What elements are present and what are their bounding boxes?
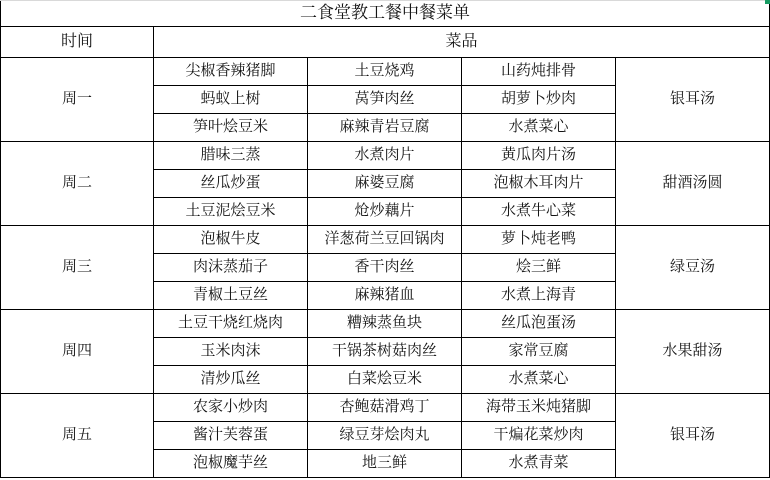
dish-cell: 尖椒香辣猪脚 <box>154 58 308 86</box>
dish-cell: 炝炒藕片 <box>308 198 462 226</box>
dish-cell: 地三鲜 <box>308 450 462 478</box>
table-row: 周四 土豆干烧红烧肉 糟辣蒸鱼块 丝瓜泡蛋汤 水果甜汤 <box>1 310 770 338</box>
dish-cell: 酱汁芙蓉蛋 <box>154 422 308 450</box>
title-row: 二食堂教工餐中餐菜单 <box>1 1 770 27</box>
dish-cell: 干锅茶树菇肉丝 <box>308 338 462 366</box>
dish-cell: 海带玉米炖猪脚 <box>462 394 616 422</box>
dish-cell: 清炒瓜丝 <box>154 366 308 394</box>
dish-cell: 土豆干烧红烧肉 <box>154 310 308 338</box>
dish-cell: 水煮菜心 <box>462 114 616 142</box>
dish-cell: 糟辣蒸鱼块 <box>308 310 462 338</box>
dish-cell: 麻辣青岩豆腐 <box>308 114 462 142</box>
dishes-header: 菜品 <box>154 27 770 58</box>
menu-title: 二食堂教工餐中餐菜单 <box>1 1 770 27</box>
day-label-monday: 周一 <box>1 58 154 142</box>
dish-cell: 杏鲍菇滑鸡丁 <box>308 394 462 422</box>
soup-cell-tuesday: 甜酒汤圆 <box>616 142 770 226</box>
day-label-friday: 周五 <box>1 394 154 478</box>
dish-cell: 家常豆腐 <box>462 338 616 366</box>
dish-cell: 水煮青菜 <box>462 450 616 478</box>
soup-cell-wednesday: 绿豆汤 <box>616 226 770 310</box>
dish-cell: 洋葱荷兰豆回锅肉 <box>308 226 462 254</box>
dish-cell: 腊味三蒸 <box>154 142 308 170</box>
dish-cell: 水煮菜心 <box>462 366 616 394</box>
dish-cell: 白菜烩豆米 <box>308 366 462 394</box>
dish-cell: 丝瓜泡蛋汤 <box>462 310 616 338</box>
day-label-tuesday: 周二 <box>1 142 154 226</box>
menu-page: 二食堂教工餐中餐菜单 时间 菜品 周一 尖椒香辣猪脚 土豆烧鸡 山药炖排骨 银耳… <box>0 0 770 480</box>
table-row: 周一 尖椒香辣猪脚 土豆烧鸡 山药炖排骨 银耳汤 <box>1 58 770 86</box>
dish-cell: 泡椒魔芋丝 <box>154 450 308 478</box>
dish-cell: 农家小炒肉 <box>154 394 308 422</box>
dish-cell: 黄瓜肉片汤 <box>462 142 616 170</box>
soup-cell-thursday: 水果甜汤 <box>616 310 770 394</box>
soup-cell-friday: 银耳汤 <box>616 394 770 478</box>
dish-cell: 肉沫蒸茄子 <box>154 254 308 282</box>
time-header: 时间 <box>1 27 154 58</box>
soup-cell-monday: 银耳汤 <box>616 58 770 142</box>
dish-cell: 土豆烧鸡 <box>308 58 462 86</box>
dish-cell: 绿豆芽烩肉丸 <box>308 422 462 450</box>
dish-cell: 水煮肉片 <box>308 142 462 170</box>
dish-cell: 蚂蚁上树 <box>154 86 308 114</box>
dish-cell: 水煮上海青 <box>462 282 616 310</box>
dish-cell: 泡椒木耳肉片 <box>462 170 616 198</box>
header-row: 时间 菜品 <box>1 27 770 58</box>
dish-cell: 麻辣猪血 <box>308 282 462 310</box>
dish-cell: 泡椒牛皮 <box>154 226 308 254</box>
dish-cell: 麻婆豆腐 <box>308 170 462 198</box>
dish-cell: 香干肉丝 <box>308 254 462 282</box>
dish-cell: 土豆泥烩豆米 <box>154 198 308 226</box>
day-label-wednesday: 周三 <box>1 226 154 310</box>
dish-cell: 玉米肉沫 <box>154 338 308 366</box>
green-corner-marker <box>765 0 770 4</box>
dish-cell: 烩三鲜 <box>462 254 616 282</box>
table-row: 周五 农家小炒肉 杏鲍菇滑鸡丁 海带玉米炖猪脚 银耳汤 <box>1 394 770 422</box>
dish-cell: 萝卜炖老鸭 <box>462 226 616 254</box>
dish-cell: 莴笋肉丝 <box>308 86 462 114</box>
dish-cell: 笋叶烩豆米 <box>154 114 308 142</box>
dish-cell: 干煸花菜炒肉 <box>462 422 616 450</box>
dish-cell: 丝瓜炒蛋 <box>154 170 308 198</box>
dish-cell: 青椒土豆丝 <box>154 282 308 310</box>
dish-cell: 胡萝卜炒肉 <box>462 86 616 114</box>
menu-table: 二食堂教工餐中餐菜单 时间 菜品 周一 尖椒香辣猪脚 土豆烧鸡 山药炖排骨 银耳… <box>0 0 770 478</box>
day-label-thursday: 周四 <box>1 310 154 394</box>
table-row: 周二 腊味三蒸 水煮肉片 黄瓜肉片汤 甜酒汤圆 <box>1 142 770 170</box>
table-row: 周三 泡椒牛皮 洋葱荷兰豆回锅肉 萝卜炖老鸭 绿豆汤 <box>1 226 770 254</box>
dish-cell: 山药炖排骨 <box>462 58 616 86</box>
dish-cell: 水煮牛心菜 <box>462 198 616 226</box>
